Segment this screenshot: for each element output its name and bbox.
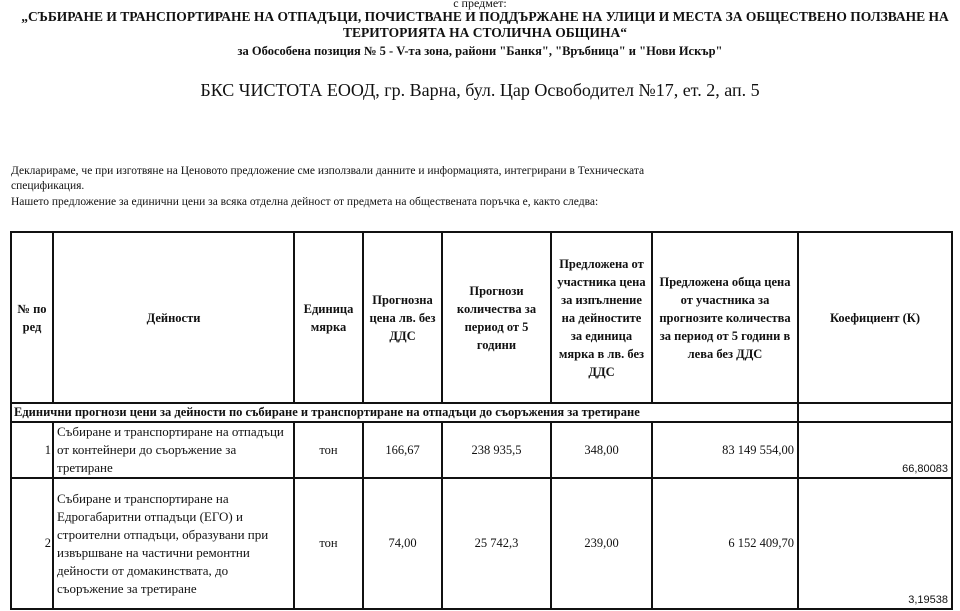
col-header-unit: Единица мярка (294, 232, 363, 403)
col-header-activities: Дейности (53, 232, 294, 403)
row-unit: тон (294, 478, 363, 609)
col-header-forecast-qty: Прогнози количества за период от 5 годин… (442, 232, 551, 403)
col-header-forecast-price: Прогнозна цена лв. без ДДС (363, 232, 442, 403)
row-unit: тон (294, 422, 363, 478)
price-offer-table: № по ред Дейности Единица мярка Прогнозн… (10, 231, 953, 610)
col-header-offered-unit-price: Предложена от участника цена за изпълнен… (551, 232, 652, 403)
row-offered-total: 6 152 409,70 (652, 478, 798, 609)
row-offered-unit-price: 239,00 (551, 478, 652, 609)
company-name-address: БКС ЧИСТОТА ЕООД, гр. Варна, бул. Цар Ос… (0, 80, 960, 100)
section-empty-cell (798, 403, 952, 422)
row-coefficient: 66,80083 (798, 422, 952, 478)
row-number: 1 (11, 422, 53, 478)
table-row: 1 Събиране и транспортиране на отпадъци … (11, 422, 952, 478)
row-number: 2 (11, 478, 53, 609)
section-title: Единични прогнози цени за дейности по съ… (11, 403, 798, 422)
row-activity: Събиране и транспортиране на отпадъци от… (53, 422, 294, 478)
row-offered-total: 83 149 554,00 (652, 422, 798, 478)
row-forecast-price: 74,00 (363, 478, 442, 609)
row-forecast-qty: 25 742,3 (442, 478, 551, 609)
declaration-line-3: Нашето предложение за единични цени за в… (11, 195, 598, 210)
row-forecast-qty: 238 935,5 (442, 422, 551, 478)
declaration-line-2: спецификация. (11, 179, 84, 194)
subject-title: „СЪБИРАНЕ И ТРАНСПОРТИРАНЕ НА ОТПАДЪЦИ, … (20, 9, 950, 41)
lot-position-line: за Обособена позиция № 5 - V-та зона, ра… (0, 44, 960, 58)
declaration-line-1: Декларираме, че при изготвяне на Ценовот… (11, 164, 644, 179)
section-row: Единични прогнози цени за дейности по съ… (11, 403, 952, 422)
row-forecast-price: 166,67 (363, 422, 442, 478)
col-header-coefficient: Коефициент (К) (798, 232, 952, 403)
row-offered-unit-price: 348,00 (551, 422, 652, 478)
table-header-row: № по ред Дейности Единица мярка Прогнозн… (11, 232, 952, 403)
row-activity: Събиране и транспортиране на Едрогабарит… (53, 478, 294, 609)
row-coefficient: 3,19538 (798, 478, 952, 609)
table-row: 2 Събиране и транспортиране на Едрогабар… (11, 478, 952, 609)
col-header-number: № по ред (11, 232, 53, 403)
col-header-offered-total: Предложена обща цена от участника за про… (652, 232, 798, 403)
